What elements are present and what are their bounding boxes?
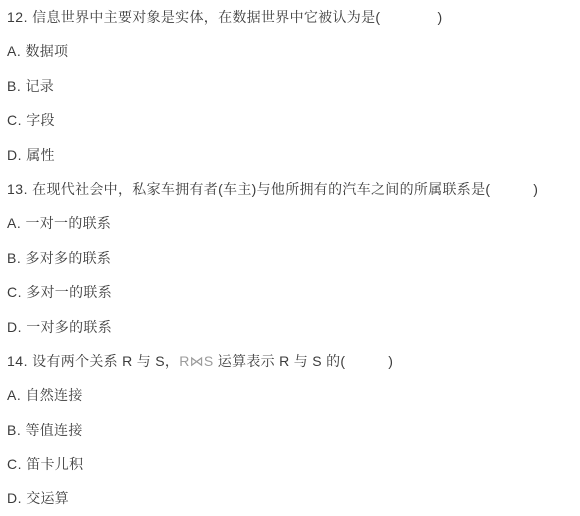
question-12: 12. 信息世界中主要对象是实体，在数据世界中它被认为是( ) A. 数据项 B… xyxy=(7,0,576,172)
option-text: 一对多的联系 xyxy=(26,319,112,335)
option-text: 属性 xyxy=(26,147,55,163)
question-stem: 12. 信息世界中主要对象是实体，在数据世界中它被认为是( ) xyxy=(7,0,576,34)
option-text: 记录 xyxy=(25,78,54,94)
option-label: C. xyxy=(7,456,22,472)
option-text: 自然连接 xyxy=(25,387,82,403)
option-label: C. xyxy=(7,284,22,300)
option-text: 等值连接 xyxy=(25,422,82,438)
option-text: 交运算 xyxy=(26,490,69,506)
question-number: 13. xyxy=(7,181,28,197)
option-label: D. xyxy=(7,319,22,335)
option-text: 字段 xyxy=(26,112,55,128)
option-text: 多对多的联系 xyxy=(25,250,111,266)
option-text: 一对一的联系 xyxy=(25,215,111,231)
question-13: 13. 在现代社会中，私家车拥有者(车主)与他所拥有的汽车之间的所属联系是( )… xyxy=(7,172,576,344)
exam-question-list: 12. 信息世界中主要对象是实体，在数据世界中它被认为是( ) A. 数据项 B… xyxy=(0,0,580,516)
option-row: D. 属性 xyxy=(7,138,576,172)
option-label: D. xyxy=(7,147,22,163)
option-label: A. xyxy=(7,43,21,59)
option-row: D. 一对多的联系 xyxy=(7,310,576,344)
option-label: A. xyxy=(7,215,21,231)
relational-join-operator: R⋈S xyxy=(179,353,213,369)
option-text: 数据项 xyxy=(25,43,68,59)
option-row: B. 等值连接 xyxy=(7,413,576,447)
question-number: 12. xyxy=(7,9,28,25)
option-label: C. xyxy=(7,112,22,128)
option-row: A. 自然连接 xyxy=(7,378,576,412)
question-number: 14. xyxy=(7,353,28,369)
question-text: 设有两个关系 R 与 S， xyxy=(32,353,179,369)
option-row: D. 交运算 xyxy=(7,481,576,515)
question-text: 运算表示 R 与 S 的( ) xyxy=(218,353,393,369)
option-text: 笛卡儿积 xyxy=(26,456,83,472)
option-label: B. xyxy=(7,422,21,438)
question-text: 信息世界中主要对象是实体，在数据世界中它被认为是( ) xyxy=(32,9,442,25)
option-row: B. 多对多的联系 xyxy=(7,241,576,275)
option-text: 多对一的联系 xyxy=(26,284,112,300)
option-row: A. 数据项 xyxy=(7,34,576,68)
option-label: D. xyxy=(7,490,22,506)
option-row: A. 一对一的联系 xyxy=(7,206,576,240)
option-row: C. 多对一的联系 xyxy=(7,275,576,309)
option-row: C. 字段 xyxy=(7,103,576,137)
option-row: C. 笛卡儿积 xyxy=(7,447,576,481)
option-label: A. xyxy=(7,387,21,403)
question-stem: 14. 设有两个关系 R 与 S，R⋈S 运算表示 R 与 S 的( ) xyxy=(7,344,576,378)
question-14: 14. 设有两个关系 R 与 S，R⋈S 运算表示 R 与 S 的( ) A. … xyxy=(7,344,576,516)
option-label: B. xyxy=(7,250,21,266)
option-label: B. xyxy=(7,78,21,94)
question-stem: 13. 在现代社会中，私家车拥有者(车主)与他所拥有的汽车之间的所属联系是( ) xyxy=(7,172,576,206)
question-text: 在现代社会中，私家车拥有者(车主)与他所拥有的汽车之间的所属联系是( ) xyxy=(32,181,538,197)
option-row: B. 记录 xyxy=(7,69,576,103)
